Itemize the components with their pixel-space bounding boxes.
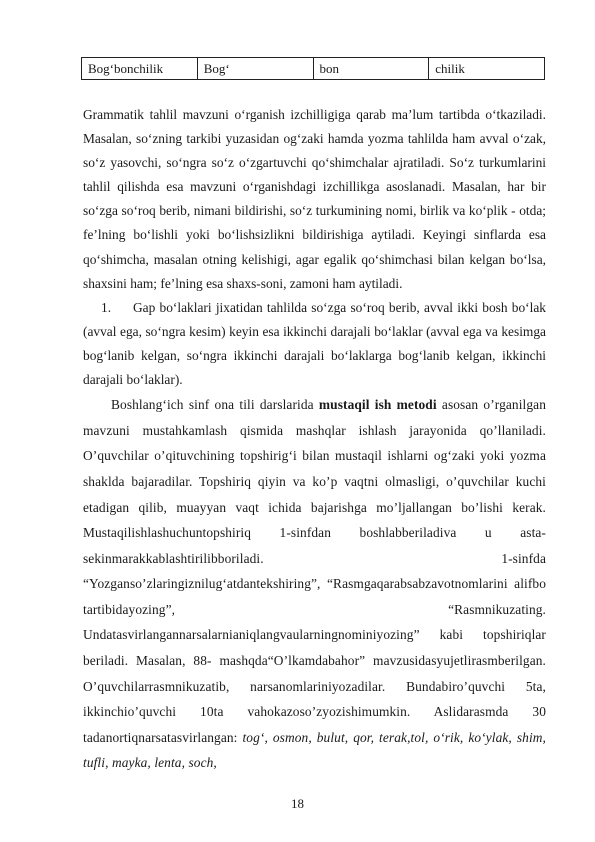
- table-cell-suffix-1: bon: [313, 58, 429, 80]
- list-number: 1.: [101, 296, 133, 320]
- table-cell-root: Bog‘: [197, 58, 313, 80]
- page-number: 18: [0, 796, 595, 812]
- list-item-1: 1.Gap bo‘laklari jixatidan tahlilda so‘z…: [83, 296, 546, 392]
- paragraph-text-start: Boshlang‘ich sinf ona tili darslarida: [111, 397, 319, 412]
- paragraph-text-body: asosan o’rganilgan mavzuni mustahkamlash…: [83, 397, 546, 745]
- table-cell-suffix-2: chilik: [429, 58, 545, 80]
- document-page: Bog‘bonchilik Bog‘ bon chilik Grammatik …: [0, 0, 595, 842]
- paragraph-grammatical-analysis: Grammatik tahlil mavzuni o‘rganish izchi…: [83, 103, 546, 296]
- body-text: Grammatik tahlil mavzuni o‘rganish izchi…: [83, 103, 546, 776]
- bold-term: mustaqil ish metodi: [319, 397, 437, 412]
- word-structure-table: Bog‘bonchilik Bog‘ bon chilik: [81, 57, 545, 80]
- table-row: Bog‘bonchilik Bog‘ bon chilik: [82, 58, 545, 80]
- list-item-text: Gap bo‘laklari jixatidan tahlilda so‘zga…: [83, 300, 546, 387]
- paragraph-independent-work: Boshlang‘ich sinf ona tili darslarida mu…: [83, 392, 546, 776]
- table-cell-word: Bog‘bonchilik: [82, 58, 198, 80]
